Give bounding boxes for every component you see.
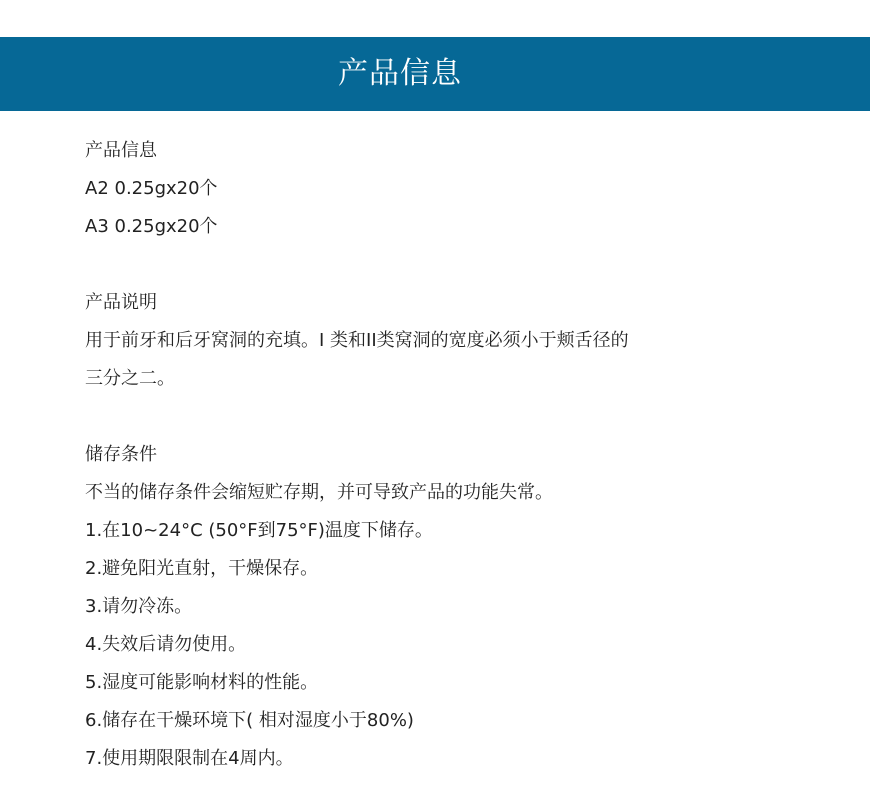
spacer [85,246,805,284]
section-product-description: 产品说明 用于前牙和后牙窝洞的充填。I 类和II类窝洞的宽度必须小于颊舌径的 三… [85,284,805,398]
section-storage-conditions: 储存条件 不当的储存条件会缩短贮存期，并可导致产品的功能失常。 1.在10~24… [85,436,805,778]
storage-item: 5.湿度可能影响材料的性能。 [85,664,805,702]
content-body: 产品信息 A2 0.25gx20个 A3 0.25gx20个 产品说明 用于前牙… [85,132,805,778]
storage-item: 7.使用期限限制在4周内。 [85,740,805,778]
description-line: 三分之二。 [85,360,805,398]
banner-title: 产品信息 [338,37,462,111]
spec-line: A2 0.25gx20个 [85,170,805,208]
storage-intro: 不当的储存条件会缩短贮存期，并可导致产品的功能失常。 [85,474,805,512]
description-line: 用于前牙和后牙窝洞的充填。I 类和II类窝洞的宽度必须小于颊舌径的 [85,322,805,360]
storage-item: 1.在10~24°C (50°F到75°F)温度下储存。 [85,512,805,550]
section-product-info: 产品信息 A2 0.25gx20个 A3 0.25gx20个 [85,132,805,246]
storage-item: 2.避免阳光直射，干燥保存。 [85,550,805,588]
header-banner: 产品信息 [0,37,870,111]
section-heading: 产品说明 [85,284,805,322]
storage-item: 6.储存在干燥环境下( 相对湿度小于80%) [85,702,805,740]
section-heading: 产品信息 [85,132,805,170]
storage-item: 3.请勿冷冻。 [85,588,805,626]
storage-item: 4.失效后请勿使用。 [85,626,805,664]
section-heading: 储存条件 [85,436,805,474]
spec-line: A3 0.25gx20个 [85,208,805,246]
spacer [85,398,805,436]
